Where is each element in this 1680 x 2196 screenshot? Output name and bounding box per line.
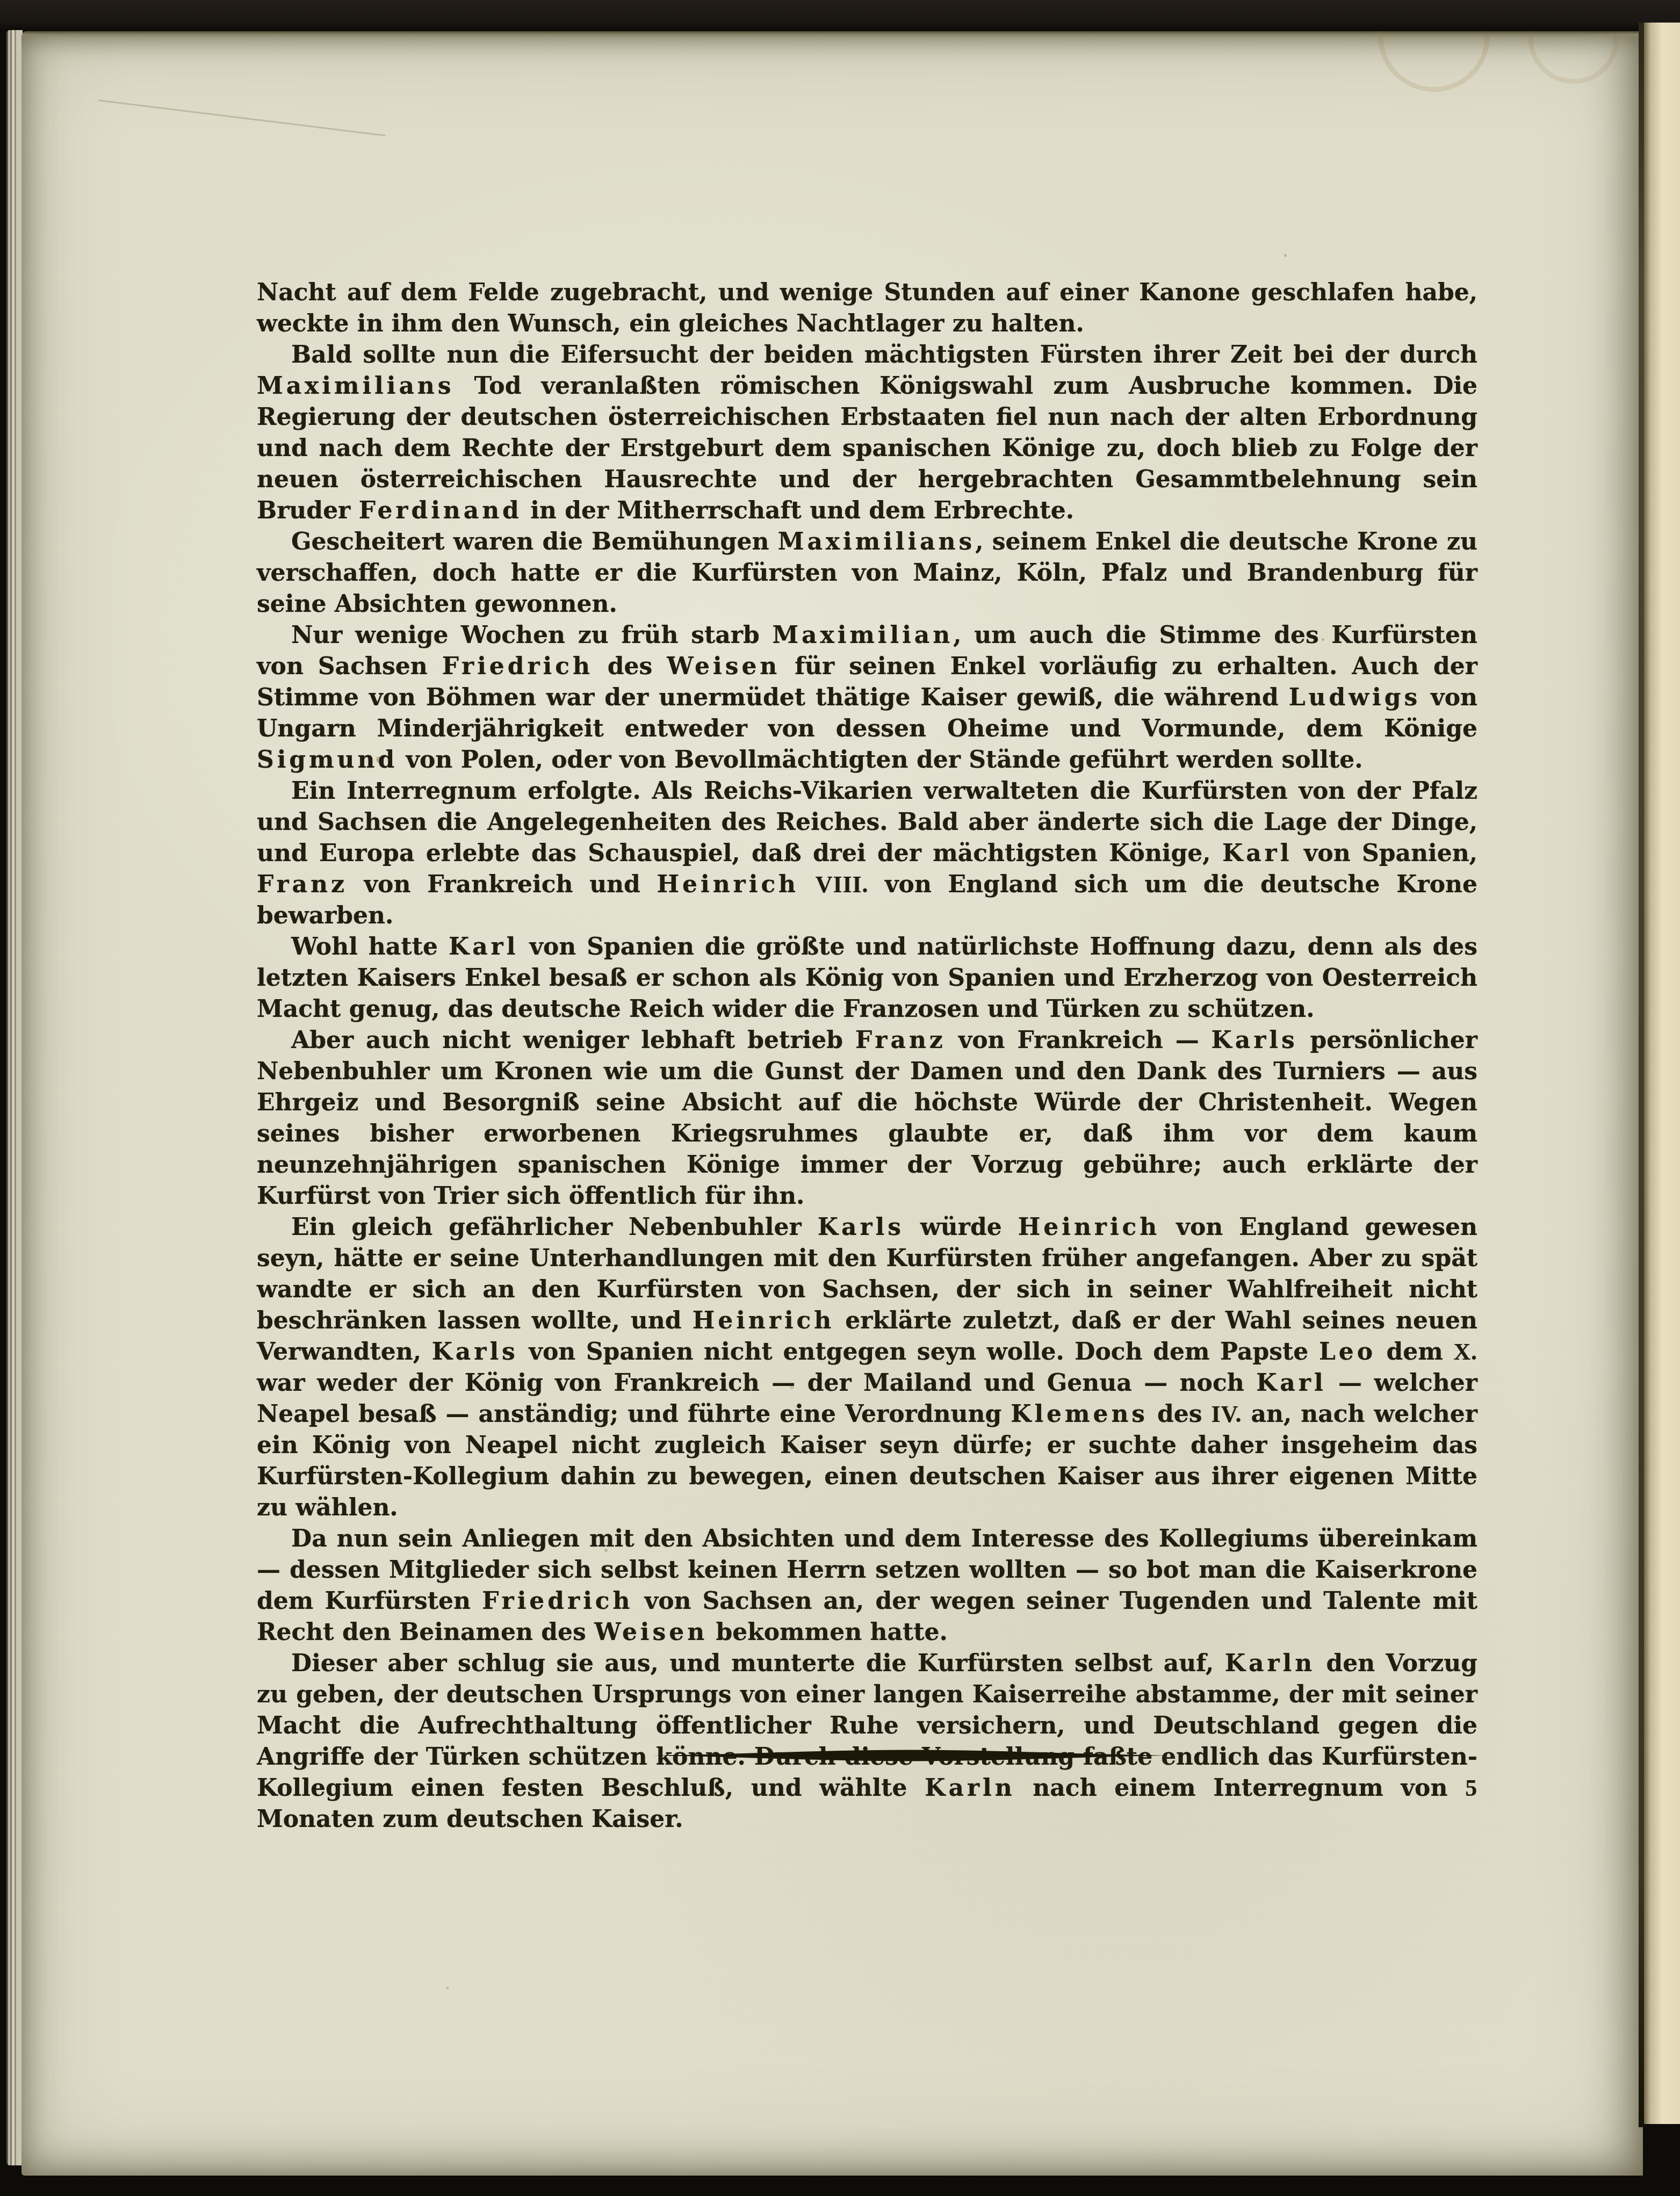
- body-text: persönlicher Nebenbuhler um Kronen wie u…: [257, 1027, 1477, 1210]
- body-text: Ein gleich gefährlicher Nebenbuhler: [291, 1213, 818, 1241]
- swelled-rule-icon: [653, 1749, 1169, 1762]
- paper-scratch: [98, 99, 386, 136]
- body-text: Wohl hatte: [291, 933, 449, 960]
- body-text: des: [593, 653, 667, 680]
- paragraph: Bald sollte nun die Eifersucht der beide…: [257, 339, 1477, 526]
- letterspaced-name: Maximilian: [772, 622, 953, 649]
- paper-speck: [446, 1986, 449, 1990]
- letterspaced-name: Karln: [925, 1774, 1015, 1802]
- stain-ring: [1378, 31, 1490, 92]
- body-text: würde: [904, 1213, 1018, 1241]
- stain-ring: [1528, 31, 1619, 84]
- letterspaced-name: Karl: [1222, 840, 1292, 867]
- letterspaced-name: Maximilians: [778, 528, 975, 555]
- letterspaced-name: Karl: [1256, 1369, 1326, 1397]
- paragraph: Ein Interregnum erfolgte. Als Reichs-Vik…: [257, 776, 1477, 931]
- letterspaced-name: Karls: [432, 1338, 518, 1366]
- page-edge-stack: [6, 30, 23, 2165]
- letterspaced-name: Franz: [855, 1027, 946, 1054]
- letterspaced-name: Karls: [1212, 1027, 1298, 1054]
- body-text: von Spanien,: [1292, 840, 1477, 867]
- adjacent-page-edge: [1644, 23, 1680, 2124]
- letterspaced-name: Karln: [1225, 1650, 1315, 1677]
- body-text: Monaten zum deutschen Kaiser.: [257, 1805, 683, 1833]
- body-text: Aber auch nicht weniger lebhaft betrieb: [291, 1027, 855, 1054]
- letterspaced-name: Heinrich: [657, 871, 799, 898]
- body-text: von Frankreich —: [946, 1027, 1212, 1054]
- book-scan: Nacht auf dem Felde zugebracht, und weni…: [0, 0, 1680, 2196]
- letterspaced-name: Friedrich: [482, 1587, 633, 1615]
- letterspaced-name: Klemens: [1011, 1400, 1148, 1428]
- letterspaced-name: Ferdinand: [359, 497, 522, 524]
- letterspaced-name: Karls: [818, 1213, 904, 1241]
- letterspaced-name: Friedrich: [442, 653, 593, 680]
- page-text: Nacht auf dem Felde zugebracht, und weni…: [257, 277, 1477, 1835]
- letterspaced-name: Leo: [1319, 1338, 1376, 1366]
- body-text: war weder der König von Frankreich — der…: [257, 1369, 1256, 1397]
- paragraph: Aber auch nicht weniger lebhaft betrieb …: [257, 1025, 1477, 1212]
- body-text: Bald sollte nun die Eifersucht der beide…: [291, 341, 1477, 369]
- antiqua-text: IV.: [1212, 1401, 1242, 1427]
- gutter-crease: [1639, 23, 1644, 2127]
- body-text: [799, 871, 816, 898]
- paragraph: Da nun sein Anliegen mit den Absichten u…: [257, 1523, 1477, 1648]
- section-divider-rule: [653, 1749, 1169, 1762]
- body-text: Nur wenige Wochen zu früh starb: [291, 622, 772, 649]
- letterspaced-name: Weisen: [594, 1619, 708, 1646]
- letterspaced-name: Karl: [449, 933, 518, 960]
- paragraph: Dieser aber schlug sie aus, und munterte…: [257, 1648, 1477, 1835]
- paragraph: Ein gleich gefährlicher Nebenbuhler Karl…: [257, 1212, 1477, 1523]
- body-text: Nacht auf dem Felde zugebracht, und weni…: [257, 279, 1477, 337]
- body-text: des: [1148, 1400, 1211, 1428]
- paper-speck: [1284, 254, 1287, 257]
- body-text: von Polen, oder von Bevollmächtigten der…: [398, 746, 1363, 774]
- antiqua-text: X.: [1453, 1339, 1477, 1365]
- letterspaced-name: Maximilians: [257, 372, 454, 400]
- paragraph: Nur wenige Wochen zu früh starb Maximili…: [257, 620, 1477, 776]
- scan-background-top: [0, 0, 1680, 31]
- letterspaced-name: Weisen: [667, 653, 780, 680]
- letterspaced-name: Ludwigs: [1289, 684, 1421, 711]
- body-text: bekommen hatte.: [708, 1619, 948, 1646]
- antiqua-text: 5: [1465, 1775, 1477, 1801]
- book-page: Nacht auf dem Felde zugebracht, und weni…: [21, 31, 1643, 2176]
- body-text: Dieser aber schlug sie aus, und munterte…: [291, 1650, 1225, 1677]
- antiqua-text: VIII.: [816, 871, 869, 898]
- paragraph: Gescheitert waren die Bemühungen Maximil…: [257, 526, 1477, 620]
- body-text: dem: [1376, 1338, 1453, 1366]
- body-text: von Frankreich und: [348, 871, 657, 898]
- body-text: von Spanien nicht entgegen seyn wolle. D…: [518, 1338, 1319, 1366]
- paragraph: Nacht auf dem Felde zugebracht, und weni…: [257, 277, 1477, 339]
- body-text: in der Mitherrschaft und dem Erbrechte.: [522, 497, 1074, 524]
- body-text: nach einem Interregnum von: [1015, 1774, 1465, 1802]
- paragraph: Wohl hatte Karl von Spanien die größte u…: [257, 931, 1477, 1025]
- body-text: Gescheitert waren die Bemühungen: [291, 528, 778, 555]
- letterspaced-name: Franz: [257, 871, 348, 898]
- letterspaced-name: Heinrich: [1018, 1213, 1160, 1241]
- letterspaced-name: Sigmund: [257, 746, 398, 774]
- letterspaced-name: Heinrich: [693, 1307, 834, 1334]
